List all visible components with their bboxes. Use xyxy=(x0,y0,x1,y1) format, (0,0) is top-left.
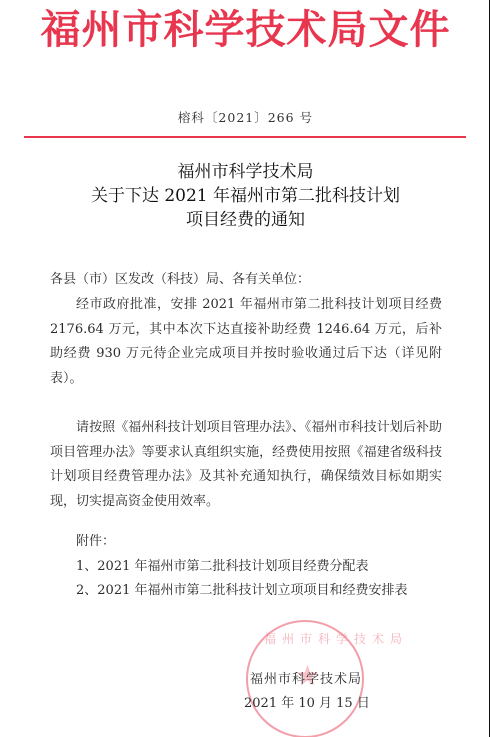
salutation: 各县（市）区发改（科技）局、各有关单位： xyxy=(50,268,442,293)
title-line-1: 福州市科学技术局 xyxy=(0,160,491,184)
signature-organization: 福州市科学技术局 xyxy=(244,668,370,692)
attachment-item-2: 2、2021 年福州市第二批科技计划立项项目和经费安排表 xyxy=(50,579,442,604)
paragraph-funding-text: 经市政府批准，安排 2021 年福州市第二批科技计划项目经费 2176.64 万… xyxy=(50,293,442,391)
paragraph-instructions: 请按照《福州科技计划项目管理办法》、《福州市科技计划后补助项目管理办法》等要求认… xyxy=(50,416,442,514)
signature-block: 福州市科学技术局 2021 年 10 月 15 日 xyxy=(244,668,370,716)
attachments-label: 附件： xyxy=(50,530,442,555)
document-title: 福州市科学技术局 关于下达 2021 年福州市第二批科技计划 项目经费的通知 xyxy=(0,160,491,232)
document-number: 榕科〔2021〕266 号 xyxy=(0,108,491,126)
title-line-3: 项目经费的通知 xyxy=(0,208,491,232)
title-line-2: 关于下达 2021 年福州市第二批科技计划 xyxy=(0,184,491,208)
paragraph-instructions-text: 请按照《福州科技计划项目管理办法》、《福州市科技计划后补助项目管理办法》等要求认… xyxy=(50,416,442,514)
signature-date: 2021 年 10 月 15 日 xyxy=(244,692,370,716)
document-masthead: 福州市科学技术局文件 xyxy=(0,4,491,56)
attachments-section: 附件： 1、2021 年福州市第二批科技计划项目经费分配表 2、2021 年福州… xyxy=(50,530,442,604)
paragraph-funding: 经市政府批准，安排 2021 年福州市第二批科技计划项目经费 2176.64 万… xyxy=(50,293,442,391)
seal-ring-text: 福州市科学技术局 xyxy=(264,630,408,647)
attachment-item-1: 1、2021 年福州市第二批科技计划项目经费分配表 xyxy=(50,555,442,580)
red-divider-rule xyxy=(24,136,466,138)
